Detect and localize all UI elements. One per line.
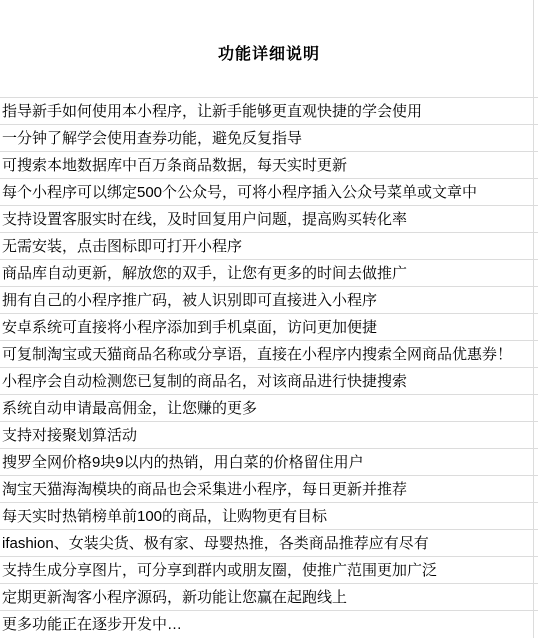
page-title: 功能详细说明 [0, 41, 538, 64]
table-row: 更多功能正在逐步开发中… [0, 610, 538, 637]
row-text: 支持对接聚划算活动 [0, 422, 137, 449]
row-text: 无需安装，点击图标即可打开小程序 [0, 233, 242, 260]
row-text: 定期更新淘客小程序源码，新功能让您赢在起跑线上 [0, 584, 347, 611]
row-text: 可复制淘宝或天猫商品名称或分享语，直接在小程序内搜索全网商品优惠券！ [0, 341, 512, 368]
table-row: 每天实时热销榜单前100的商品，让购物更有目标 [0, 502, 538, 529]
table-row: 支持生成分享图片，可分享到群内或朋友圈，使推广范围更加广泛 [0, 556, 538, 583]
table-row: 拥有自己的小程序推广码，被人识别即可直接进入小程序 [0, 286, 538, 313]
row-text: 支持生成分享图片，可分享到群内或朋友圈，使推广范围更加广泛 [0, 557, 437, 584]
table-row: 淘宝天猫海淘模块的商品也会采集进小程序，每日更新并推荐 [0, 475, 538, 502]
row-text: 更多功能正在逐步开发中… [0, 611, 182, 638]
document-page: 功能详细说明 指导新手如何使用本小程序，让新手能够更直观快捷的学会使用 一分钟了… [0, 0, 538, 638]
row-text: ifashion、女装尖货、极有家、母婴热推，各类商品推荐应有尽有 [0, 530, 429, 557]
row-text: 指导新手如何使用本小程序，让新手能够更直观快捷的学会使用 [0, 98, 422, 125]
table-row: 系统自动申请最高佣金，让您赚的更多 [0, 394, 538, 421]
table-row: 每个小程序可以绑定500个公众号，可将小程序插入公众号菜单或文章中 [0, 178, 538, 205]
row-text: 安卓系统可直接将小程序添加到手机桌面，访问更加便捷 [0, 314, 377, 341]
row-text: 每天实时热销榜单前100的商品，让购物更有目标 [0, 503, 327, 530]
right-grid-line [533, 0, 534, 638]
table-row: 支持设置客服实时在线，及时回复用户问题，提高购买转化率 [0, 205, 538, 232]
row-text: 商品库自动更新，解放您的双手，让您有更多的时间去做推广 [0, 260, 407, 287]
table-row: 指导新手如何使用本小程序，让新手能够更直观快捷的学会使用 [0, 97, 538, 124]
table-row: ifashion、女装尖货、极有家、母婴热推，各类商品推荐应有尽有 [0, 529, 538, 556]
feature-table: 指导新手如何使用本小程序，让新手能够更直观快捷的学会使用 一分钟了解学会使用查券… [0, 97, 538, 637]
table-row: 安卓系统可直接将小程序添加到手机桌面，访问更加便捷 [0, 313, 538, 340]
row-text: 拥有自己的小程序推广码，被人识别即可直接进入小程序 [0, 287, 377, 314]
row-text: 系统自动申请最高佣金，让您赚的更多 [0, 395, 257, 422]
table-row: 无需安装，点击图标即可打开小程序 [0, 232, 538, 259]
row-text: 小程序会自动检测您已复制的商品名，对该商品进行快捷搜索 [0, 368, 407, 395]
table-row: 搜罗全网价格9块9以内的热销，用白菜的价格留住用户 [0, 448, 538, 475]
table-row: 小程序会自动检测您已复制的商品名，对该商品进行快捷搜索 [0, 367, 538, 394]
row-text: 每个小程序可以绑定500个公众号，可将小程序插入公众号菜单或文章中 [0, 179, 477, 206]
row-text: 搜罗全网价格9块9以内的热销，用白菜的价格留住用户 [0, 449, 364, 476]
table-row: 一分钟了解学会使用查券功能，避免反复指导 [0, 124, 538, 151]
row-text: 淘宝天猫海淘模块的商品也会采集进小程序，每日更新并推荐 [0, 476, 407, 503]
row-text: 一分钟了解学会使用查券功能，避免反复指导 [0, 125, 302, 152]
row-text: 可搜索本地数据库中百万条商品数据，每天实时更新 [0, 152, 347, 179]
table-row: 可搜索本地数据库中百万条商品数据，每天实时更新 [0, 151, 538, 178]
table-row: 定期更新淘客小程序源码，新功能让您赢在起跑线上 [0, 583, 538, 610]
table-row: 商品库自动更新，解放您的双手，让您有更多的时间去做推广 [0, 259, 538, 286]
row-text: 支持设置客服实时在线，及时回复用户问题，提高购买转化率 [0, 206, 407, 233]
table-row: 可复制淘宝或天猫商品名称或分享语，直接在小程序内搜索全网商品优惠券！ [0, 340, 538, 367]
table-row: 支持对接聚划算活动 [0, 421, 538, 448]
